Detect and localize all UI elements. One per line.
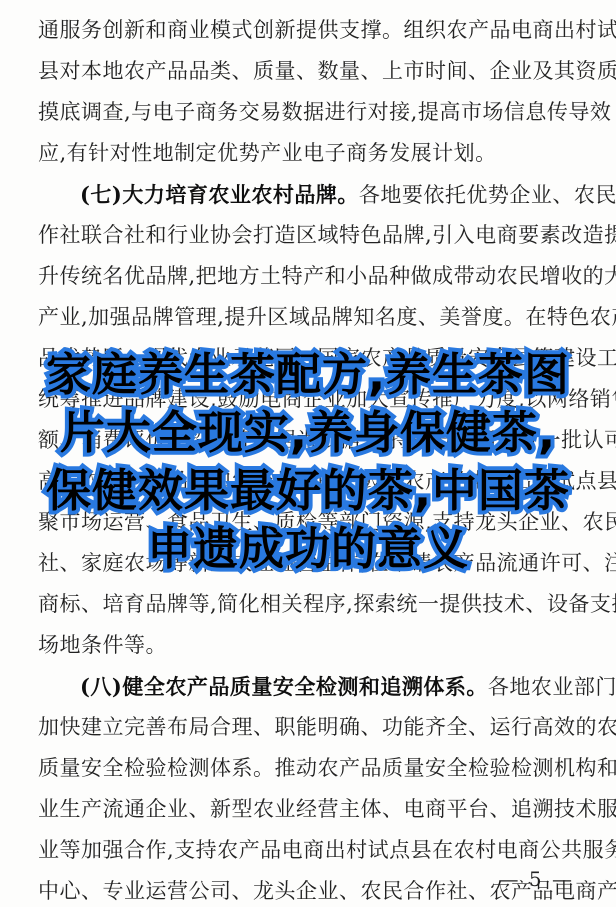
line-text: 质量安全检验检测体系。推动农产品质量安全检验检测机构和农	[38, 756, 616, 780]
line-text: 社、家庭农场等新型农业经营主体,在申请农产品流通许可、注册	[38, 551, 616, 575]
line-text: 聚市场运营、食品卫生、质检等部门资源,支持龙头企业、农民合作	[38, 510, 616, 534]
text-line: 通服务创新和商业模式创新提供支撑。组织农产品电商出村试点	[38, 10, 578, 51]
text-line: 质量安全检验检测体系。推动农产品质量安全检验检测机构和农	[38, 748, 578, 789]
text-line: 聚市场运营、食品卫生、质检等部门资源,支持龙头企业、农民合作	[38, 502, 578, 543]
line-text: 应,有针对性地制定优势产业电子商务发展计划。	[38, 141, 497, 165]
text-line: 应,有针对性地制定优势产业电子商务发展计划。	[38, 133, 578, 174]
text-line: 高的农业企业品牌和农产品品牌。鼓励农产品电商出村试点县集	[38, 461, 578, 502]
text-line: (八)健全农产品质量安全检测和追溯体系。各地农业部门要	[38, 666, 578, 707]
text-line: 场地条件等。	[38, 625, 578, 666]
line-text: 业生产流通企业、新型农业经营主体、电商平台、追溯技术服务企	[38, 797, 616, 821]
line-text: 额、消费评价、投诉等数据为依据,支持地方共同培育一批认可度	[38, 428, 616, 452]
page-number: — 5 —	[499, 867, 574, 891]
line-text: 高的农业企业品牌和农产品品牌。鼓励农产品电商出村试点县集	[38, 469, 616, 493]
text-line: 业等加强合作,支持农产品电商出村试点县在农村电商公共服务	[38, 830, 578, 871]
text-line: 县对本地农产品品类、质量、数量、上市时间、企业及其资质等进行	[38, 51, 578, 92]
line-text: 摸底调查,与电子商务交易数据进行对接,提高市场信息传导效	[38, 100, 611, 124]
text-line: 品优势区、现代农业示范区、国家农产品质量安全县等建设工作中	[38, 338, 578, 379]
section-heading: (七)大力培育农业农村品牌。	[80, 182, 359, 207]
text-line: (七)大力培育农业农村品牌。各地要依托优势企业、农民合	[38, 174, 578, 215]
line-text: 产业,加强品牌管理,提升区域品牌知名度、美誉度。在特色农产	[38, 305, 616, 329]
text-line: 升传统名优品牌,把地方土特产和小品种做成带动农民增收的大	[38, 256, 578, 297]
text-line: 统筹推进品牌建设,鼓励电商企业加大宣传推广力度,以网络销售	[38, 379, 578, 420]
text-line: 业生产流通企业、新型农业经营主体、电商平台、追溯技术服务企	[38, 789, 578, 830]
line-text: 作社联合社和行业协会打造区域特色品牌,引入电商要素改造提	[38, 223, 616, 247]
text-line: 额、消费评价、投诉等数据为依据,支持地方共同培育一批认可度	[38, 420, 578, 461]
text-line: 中心、专业运营公司、龙头企业、农民合作社、农产品电商产业园区	[38, 871, 578, 907]
text-line: 作社联合社和行业协会打造区域特色品牌,引入电商要素改造提	[38, 215, 578, 256]
line-text: 场地条件等。	[38, 633, 167, 657]
line-text: 通服务创新和商业模式创新提供支撑。组织农产品电商出村试点	[38, 18, 616, 42]
line-text: 各地要依托优势企业、农民合	[359, 183, 616, 207]
line-text: 商标、培育品牌等,简化相关程序,探索统一提供技术、设备支撑和	[38, 592, 616, 616]
line-text: 统筹推进品牌建设,鼓励电商企业加大宣传推广力度,以网络销售	[38, 387, 616, 411]
text-line: 社、家庭农场等新型农业经营主体,在申请农产品流通许可、注册	[38, 543, 578, 584]
text-line: 摸底调查,与电子商务交易数据进行对接,提高市场信息传导效	[38, 92, 578, 133]
line-text: 加快建立完善布局合理、职能明确、功能齐全、运行高效的农产品	[38, 715, 616, 739]
text-line: 产业,加强品牌管理,提升区域品牌知名度、美誉度。在特色农产	[38, 297, 578, 338]
line-text: 县对本地农产品品类、质量、数量、上市时间、企业及其资质等进行	[38, 59, 616, 83]
section-heading: (八)健全农产品质量安全检测和追溯体系。	[80, 674, 488, 699]
line-text: 品优势区、现代农业示范区、国家农产品质量安全县等建设工作中	[38, 346, 616, 370]
line-text: 各地农业部门要	[488, 675, 616, 699]
document-page: 通服务创新和商业模式创新提供支撑。组织农产品电商出村试点县对本地农产品品类、质量…	[0, 0, 616, 907]
text-line: 商标、培育品牌等,简化相关程序,探索统一提供技术、设备支撑和	[38, 584, 578, 625]
line-text: 升传统名优品牌,把地方土特产和小品种做成带动农民增收的大	[38, 264, 616, 288]
document-body: 通服务创新和商业模式创新提供支撑。组织农产品电商出村试点县对本地农产品品类、质量…	[38, 10, 578, 907]
text-line: 加快建立完善布局合理、职能明确、功能齐全、运行高效的农产品	[38, 707, 578, 748]
line-text: 业等加强合作,支持农产品电商出村试点县在农村电商公共服务	[38, 838, 616, 862]
